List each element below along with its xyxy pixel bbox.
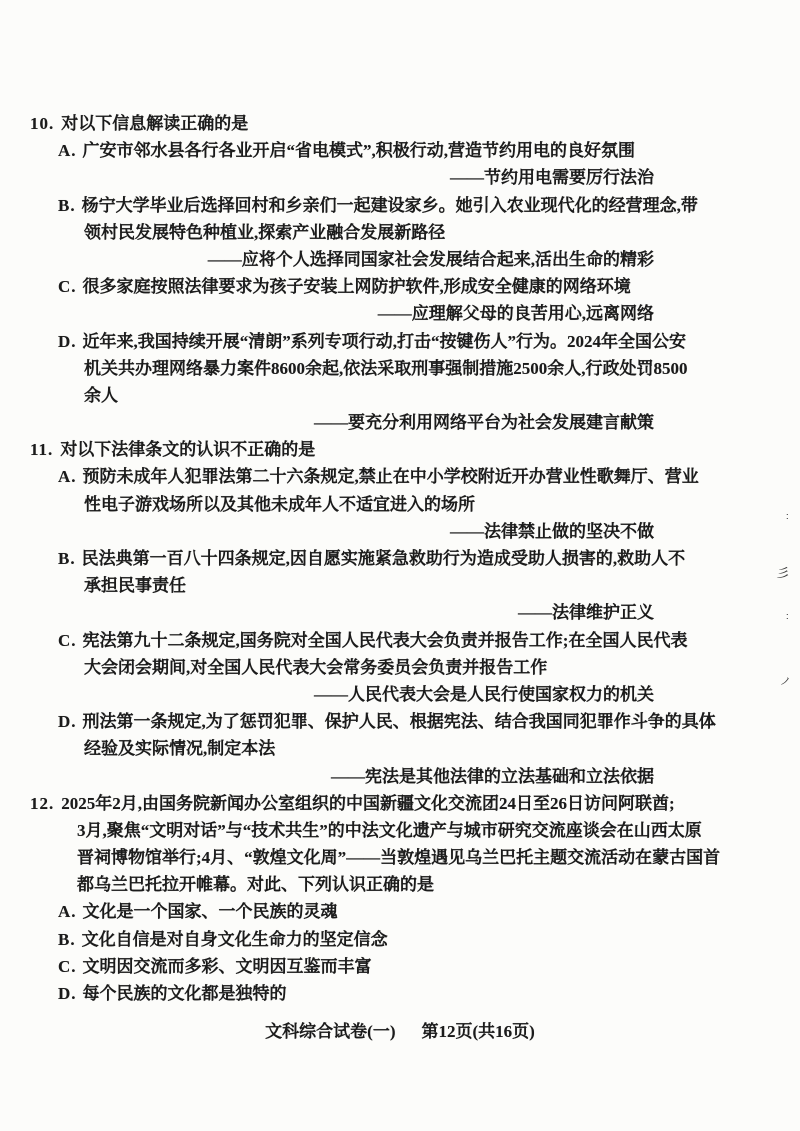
option-text: 杨宁大学毕业后选择回村和乡亲们一起建设家乡。她引入农业现代化的经营理念,带 (82, 196, 698, 215)
option-text: 广安市邻水县各行各业开启“省电模式”,积极行动,营造节约用电的良好氛围 (83, 141, 636, 160)
option-text: 很多家庭按照法律要求为孩子安装上网防护软件,形成安全健康的网络环境 (83, 277, 631, 296)
question-12-stem: 12.2025年2月,由国务院新闻办公室组织的中国新疆文化交流团24日至26日访… (0, 790, 800, 817)
scan-artifact-mark: ノ (779, 672, 792, 689)
q11-option-d-cont: 经验及实际情况,制定本法 (0, 735, 800, 762)
page-indicator: 第12页(共16页) (422, 1022, 535, 1041)
question-stem-text: 对以下法律条文的认识不正确的是 (60, 440, 315, 459)
q10-option-a: A.广安市邻水县各行各业开启“省电模式”,积极行动,营造节约用电的良好氛围 (0, 137, 800, 164)
q11-option-d-comment: ——宪法是其他法律的立法基础和立法依据 (0, 763, 800, 790)
q11-option-d: D.刑法第一条规定,为了惩罚犯罪、保护人民、根据宪法、结合我国同犯罪作斗争的具体 (0, 708, 800, 735)
q10-option-d-cont: 机关共办理网络暴力案件8600余起,依法采取刑事强制措施2500余人,行政处罚8… (0, 355, 800, 382)
question-stem-text: 2025年2月,由国务院新闻办公室组织的中国新疆文化交流团24日至26日访问阿联… (61, 794, 674, 813)
scanned-exam-page: 10.对以下信息解读正确的是 A.广安市邻水县各行各业开启“省电模式”,积极行动… (0, 0, 800, 1131)
option-label: B. (58, 930, 76, 949)
option-text: 近年来,我国持续开展“清朗”系列专项行动,打击“按键伤人”行为。2024年全国公… (83, 332, 687, 351)
option-label: D. (58, 332, 77, 351)
paper-title: 文科综合试卷(一) (265, 1022, 395, 1041)
scan-artifact-mark: ∶ (786, 512, 789, 523)
q11-option-a-comment: ——法律禁止做的坚决不做 (0, 518, 800, 545)
scan-artifact-mark: ∶ (786, 612, 789, 623)
q10-option-b-comment: ——应将个人选择同国家社会发展结合起来,活出生命的精彩 (0, 246, 800, 273)
q10-option-d-comment: ——要充分利用网络平台为社会发展建言献策 (0, 409, 800, 436)
q11-option-b-cont: 承担民事责任 (0, 572, 800, 599)
page-footer: 文科综合试卷(一)第12页(共16页) (0, 1018, 800, 1045)
q10-option-b-cont: 领村民发展特色种植业,探索产业融合发展新路径 (0, 219, 800, 246)
option-text: 民法典第一百八十四条规定,因自愿实施紧急救助行为造成受助人损害的,救助人不 (82, 549, 686, 568)
option-text: 每个民族的文化都是独特的 (83, 984, 287, 1003)
option-label: A. (58, 902, 77, 921)
q11-option-c-comment: ——人民代表大会是人民行使国家权力的机关 (0, 681, 800, 708)
q10-option-c: C.很多家庭按照法律要求为孩子安装上网防护软件,形成安全健康的网络环境 (0, 273, 800, 300)
q12-stem-cont: 晋祠博物馆举行;4月、“敦煌文化周”——当敦煌遇见乌兰巴托主题交流活动在蒙古国首 (0, 844, 800, 871)
option-text: 预防未成年人犯罪法第二十六条规定,禁止在中小学校附近开办营业性歌舞厅、营业 (83, 467, 699, 486)
option-label: A. (58, 467, 77, 486)
option-text: 文明因交流而多彩、文明因互鉴而丰富 (83, 957, 372, 976)
q11-option-a: A.预防未成年人犯罪法第二十六条规定,禁止在中小学校附近开办营业性歌舞厅、营业 (0, 463, 800, 490)
q12-option-a: A.文化是一个国家、一个民族的灵魂 (0, 898, 800, 925)
q10-option-d-cont: 余人 (0, 382, 800, 409)
option-label: B. (58, 196, 76, 215)
q12-option-d: D.每个民族的文化都是独特的 (0, 980, 800, 1007)
option-text: 刑法第一条规定,为了惩罚犯罪、保护人民、根据宪法、结合我国同犯罪作斗争的具体 (83, 712, 716, 731)
question-stem-text: 对以下信息解读正确的是 (61, 114, 248, 133)
q11-option-c: C.宪法第九十二条规定,国务院对全国人民代表大会负责并报告工作;在全国人民代表 (0, 627, 800, 654)
option-text: 宪法第九十二条规定,国务院对全国人民代表大会负责并报告工作;在全国人民代表 (83, 631, 688, 650)
option-label: C. (58, 631, 77, 650)
option-label: B. (58, 549, 76, 568)
q12-option-c: C.文明因交流而多彩、文明因互鉴而丰富 (0, 953, 800, 980)
q11-option-b: B.民法典第一百八十四条规定,因自愿实施紧急救助行为造成受助人损害的,救助人不 (0, 545, 800, 572)
question-11-stem: 11.对以下法律条文的认识不正确的是 (0, 436, 800, 463)
question-10-stem: 10.对以下信息解读正确的是 (0, 110, 800, 137)
q10-option-a-comment: ——节约用电需要厉行法治 (0, 164, 800, 191)
q10-option-d: D.近年来,我国持续开展“清朗”系列专项行动,打击“按键伤人”行为。2024年全… (0, 328, 800, 355)
q12-stem-cont: 都乌兰巴托拉开帷幕。对此、下列认识正确的是 (0, 871, 800, 898)
question-number: 12. (30, 794, 54, 813)
option-label: D. (58, 712, 77, 731)
exam-text-block: 10.对以下信息解读正确的是 A.广安市邻水县各行各业开启“省电模式”,积极行动… (0, 110, 800, 1007)
option-text: 文化是一个国家、一个民族的灵魂 (83, 902, 338, 921)
option-label: C. (58, 957, 77, 976)
option-label: D. (58, 984, 77, 1003)
option-label: A. (58, 141, 77, 160)
option-text: 文化自信是对自身文化生命力的坚定信念 (82, 930, 388, 949)
q11-option-c-cont: 大会闭会期间,对全国人民代表大会常务委员会负责并报告工作 (0, 654, 800, 681)
question-number: 10. (30, 114, 54, 133)
q12-option-b: B.文化自信是对自身文化生命力的坚定信念 (0, 926, 800, 953)
q11-option-a-cont: 性电子游戏场所以及其他未成年人不适宜进入的场所 (0, 491, 800, 518)
option-label: C. (58, 277, 77, 296)
q12-stem-cont: 3月,聚焦“文明对话”与“技术共生”的中法文化遗产与城市研究交流座谈会在山西太原 (0, 817, 800, 844)
q11-option-b-comment: ——法律维护正义 (0, 599, 800, 626)
q10-option-c-comment: ——应理解父母的良苦用心,远离网络 (0, 300, 800, 327)
q10-option-b: B.杨宁大学毕业后选择回村和乡亲们一起建设家乡。她引入农业现代化的经营理念,带 (0, 192, 800, 219)
question-number: 11. (30, 440, 53, 459)
